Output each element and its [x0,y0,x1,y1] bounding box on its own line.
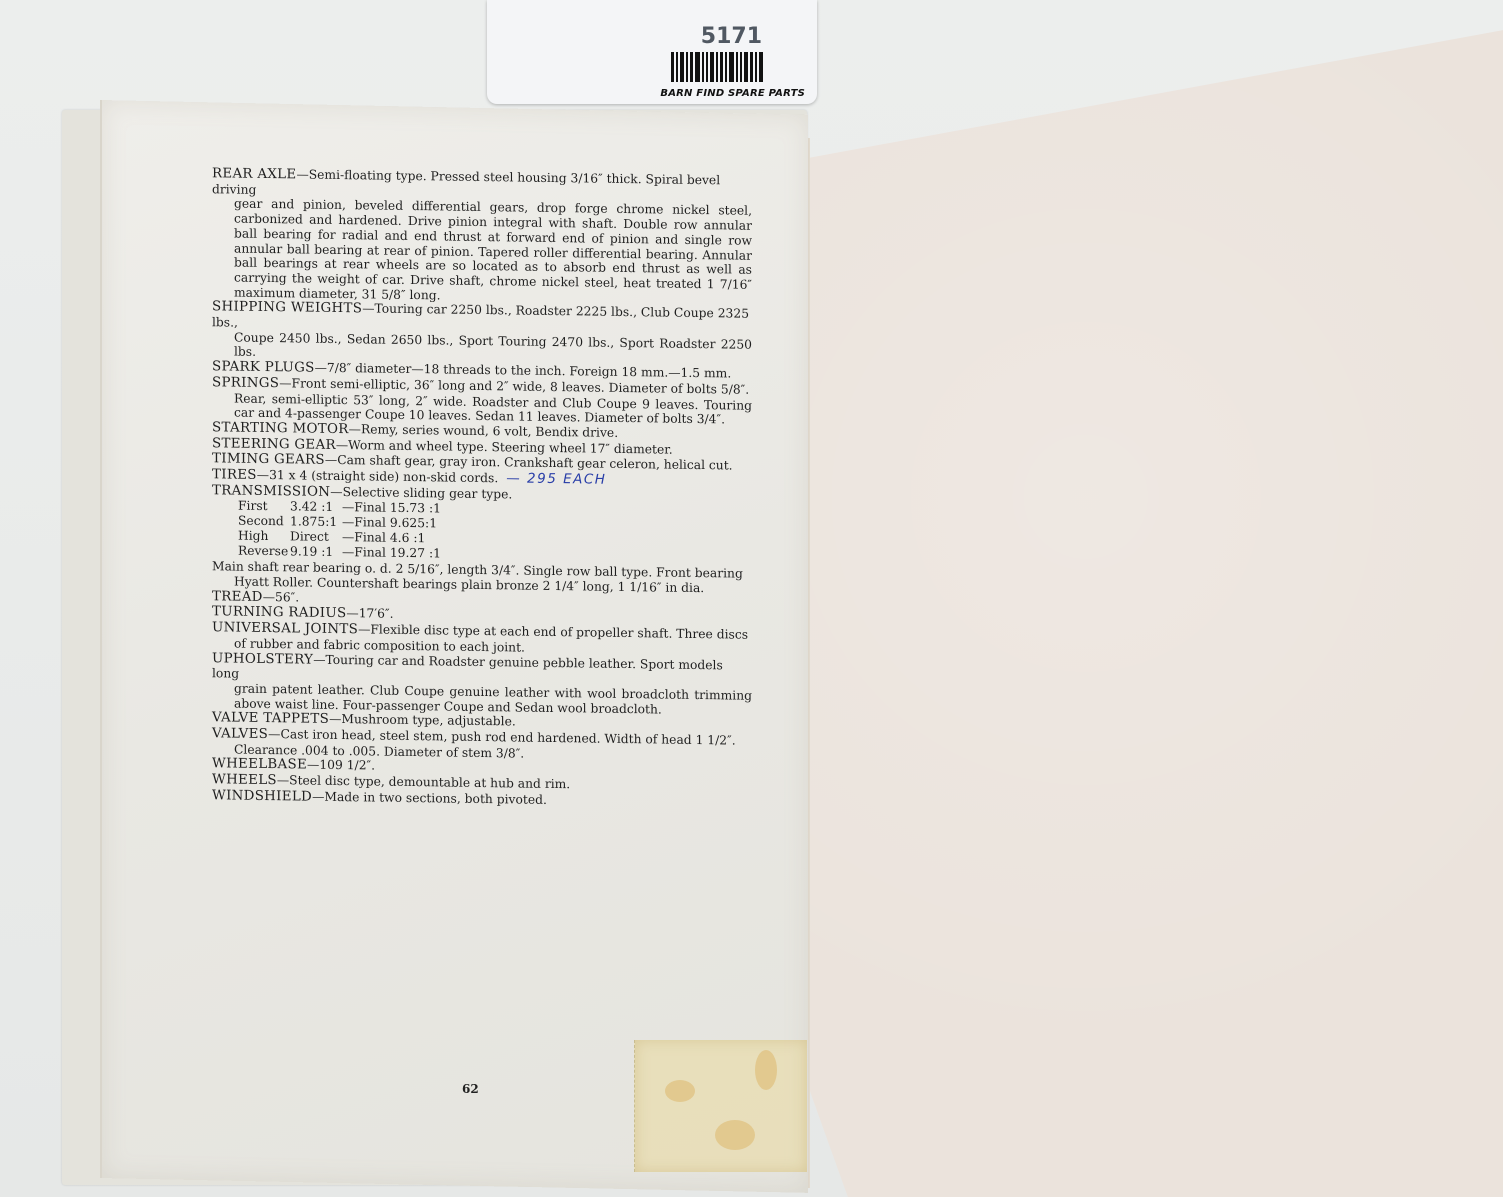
barcode-bar [720,52,723,82]
gear-cell: 9.19 :1 [290,544,342,559]
gear-cell: —Final 9.625:1 [342,515,437,531]
left-page: REAR AXLE—Semi-floating type. Pressed st… [100,100,808,1193]
barcode-bar [690,52,693,82]
gear-cell: 1.875:1 [290,514,342,529]
gear-cell: First [238,499,290,514]
spec-heading: REAR AXLE [212,166,296,182]
spec-text: —31 x 4 (straight side) non-skid cords. [257,468,499,485]
right-page-blank [806,30,1503,1197]
gear-cell: High [238,528,290,543]
spec-entry: REAR AXLE—Semi-floating type. Pressed st… [212,166,752,307]
barcode-bar [744,52,748,82]
spec-entry: SPRINGS—Front semi-elliptic, 36″ long an… [212,375,752,428]
spec-entry: UPHOLSTERY—Touring car and Roadster genu… [212,651,752,718]
spec-heading: STARTING MOTOR [212,420,349,437]
spec-heading: STEERING GEAR [212,436,336,453]
gear-cell: —Final 19.27 :1 [342,545,441,561]
spec-heading: WHEELBASE [212,757,307,773]
price-sticker: 5171 BARN FIND SPARE PARTS [487,0,817,104]
handwritten-price-note: — 295 EACH [506,470,606,487]
spec-heading: TRANSMISSION [212,483,330,500]
spec-heading: WHEELS [212,772,277,788]
barcode-bar [710,52,714,82]
spec-heading: TURNING RADIUS [212,605,346,622]
spec-heading: TIRES [212,467,257,483]
spec-text: —Remy, series wound, 6 volt, Bendix driv… [349,422,618,440]
barcode-bar [725,52,727,82]
barcode-bar [736,52,738,82]
spec-heading: SPARK PLUGS [212,359,315,375]
gear-cell: 3.42 :1 [290,500,342,515]
spec-text: —56″. [263,590,299,605]
barcode-icon [671,52,795,82]
spec-text: —17′6″. [346,606,393,621]
barcode-bar [676,52,678,82]
spec-heading: UNIVERSAL JOINTS [212,620,358,637]
barcode-bar [706,52,708,82]
spec-entries-bottom: TREAD—56″.TURNING RADIUS—17′6″.UNIVERSAL… [212,589,752,811]
spec-text: —Mushroom type, adjustable. [329,712,516,729]
spec-entry: SHIPPING WEIGHTS—Touring car 2250 lbs., … [212,300,752,367]
spec-heading: UPHOLSTERY [212,651,313,667]
barcode-bar [716,52,718,82]
barcode-bar [755,52,757,82]
spec-text: —Selective sliding gear type. [330,485,512,502]
barcode-bar [750,52,753,82]
gear-cell: Second [238,514,290,529]
barcode-bar [702,52,704,82]
barcode-bar [740,52,742,82]
spec-heading: VALVES [212,726,268,742]
spec-continuation: gear and pinion, beveled differential ge… [212,197,752,307]
page-number: 62 [462,1082,479,1096]
gear-ratio-table: First3.42 :1—Final 15.73 :1Second1.875:1… [212,499,752,565]
gear-cell: Direct [290,529,342,544]
barcode-bar [695,52,700,82]
barcode-bar [729,52,734,82]
sticker-number: 5171 [701,24,762,49]
spec-heading: SPRINGS [212,375,279,391]
spec-entries-top: REAR AXLE—Semi-floating type. Pressed st… [212,166,752,506]
spec-heading: SHIPPING WEIGHTS [212,300,362,317]
barcode-bar [686,52,688,82]
gear-cell: —Final 15.73 :1 [342,501,441,517]
barcode-bar [759,52,763,82]
barcode-bar [680,52,684,82]
spec-heading: TREAD [212,589,263,605]
spec-heading: WINDSHIELD [212,788,312,804]
tape-patch [634,1040,807,1172]
gear-cell: Reverse [238,543,290,558]
spec-heading: TIMING GEARS [212,452,325,469]
gear-cell: —Final 4.6 :1 [342,530,425,546]
barcode-bar [671,52,674,82]
spec-text: —109 1/2″. [307,758,375,773]
spec-heading: VALVE TAPPETS [212,711,329,728]
spec-text: —Made in two sections, both pivoted. [312,789,547,806]
sticker-label: BARN FIND SPARE PARTS [660,88,805,99]
spec-text: REAR AXLE—Semi-floating type. Pressed st… [212,166,752,811]
